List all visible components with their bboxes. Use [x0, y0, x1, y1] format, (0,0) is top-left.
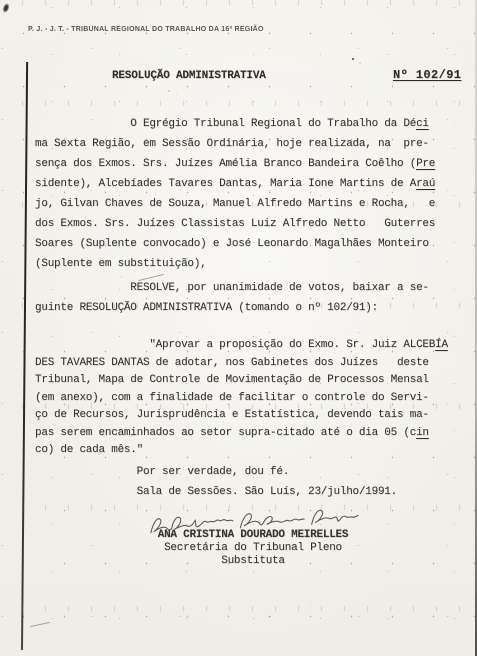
- text-line: jo, Gilvan Chaves de Souza, Manuel Alfre…: [35, 194, 435, 214]
- document-number: Nº 102/91: [393, 68, 461, 82]
- text-line: "Aprovar a proposição do Exmo. Sr. Juiz …: [35, 337, 448, 355]
- scan-corner-smudge: [1, 2, 10, 14]
- text-line: guinte RESOLUÇÃO ADMINISTRATIVA (tomando…: [35, 298, 429, 318]
- text-line: Soares (Suplente convocado) e José Leona…: [35, 234, 435, 254]
- signatory-role-substitute: Substituta: [131, 555, 375, 568]
- text-line: dos Exmos. Srs. Juízes Classistas Luiz A…: [35, 214, 435, 234]
- text-line: O Egrégio Tribunal Regional do Trabalho …: [35, 114, 435, 134]
- signatory-role: Secretária do Tribunal Pleno: [131, 542, 375, 555]
- paragraph-resolution-text: "Aprovar a proposição do Exmo. Sr. Juiz …: [35, 337, 448, 460]
- paragraph-closing: Por ser verdade, dou fé. Sala de Sessões…: [35, 462, 397, 502]
- text-line: pas serem encaminhados ao setor supra-ci…: [35, 425, 448, 443]
- text-line: (Suplente em substituição),: [35, 254, 435, 274]
- letterhead-text: P. J. - J. T. - TRIBUNAL REGIONAL DO TRA…: [28, 26, 264, 33]
- text-line: (em anexo), com a finalidade de facilita…: [35, 390, 448, 408]
- text-line: Tribunal, Mapa de Controle de Movimentaç…: [35, 372, 448, 390]
- paragraph-preamble: O Egrégio Tribunal Regional do Trabalho …: [35, 114, 435, 274]
- text-line: Sala de Sessões. São Luís, 23/julho/1991…: [35, 482, 397, 502]
- text-line: DES TAVARES DANTAS de adotar, nos Gabine…: [35, 355, 448, 373]
- text-line: RESOLVE, por unanimidade de votos, baixa…: [35, 278, 429, 298]
- paragraph-resolve: RESOLVE, por unanimidade de votos, baixa…: [35, 278, 429, 318]
- signature-block: ANA CRISTINA DOURADO MEIRELLES Secretári…: [131, 529, 375, 568]
- signatory-name: ANA CRISTINA DOURADO MEIRELLES: [131, 529, 375, 542]
- text-line: sença dos Exmos. Srs. Juízes Amélia Bran…: [35, 154, 435, 174]
- text-line: co) de cada mês.": [35, 442, 448, 460]
- text-line: sidente), Alcebíades Tavares Dantas, Mar…: [35, 174, 435, 194]
- document-title: RESOLUÇÃO ADMINISTRATIVA: [112, 70, 266, 82]
- text-line: ma Sexta Região, em Sessão Ordinária, ho…: [35, 134, 435, 154]
- scan-scratch-mark: [30, 622, 50, 627]
- scan-left-fold-line: [21, 62, 28, 650]
- scanned-document-page: P. J. - J. T. - TRIBUNAL REGIONAL DO TRA…: [0, 0, 477, 656]
- text-line: ço de Recursos, Jurisprudência e Estatís…: [35, 407, 448, 425]
- text-line: Por ser verdade, dou fé.: [35, 462, 397, 482]
- scan-speckles: [0, 0, 2, 2]
